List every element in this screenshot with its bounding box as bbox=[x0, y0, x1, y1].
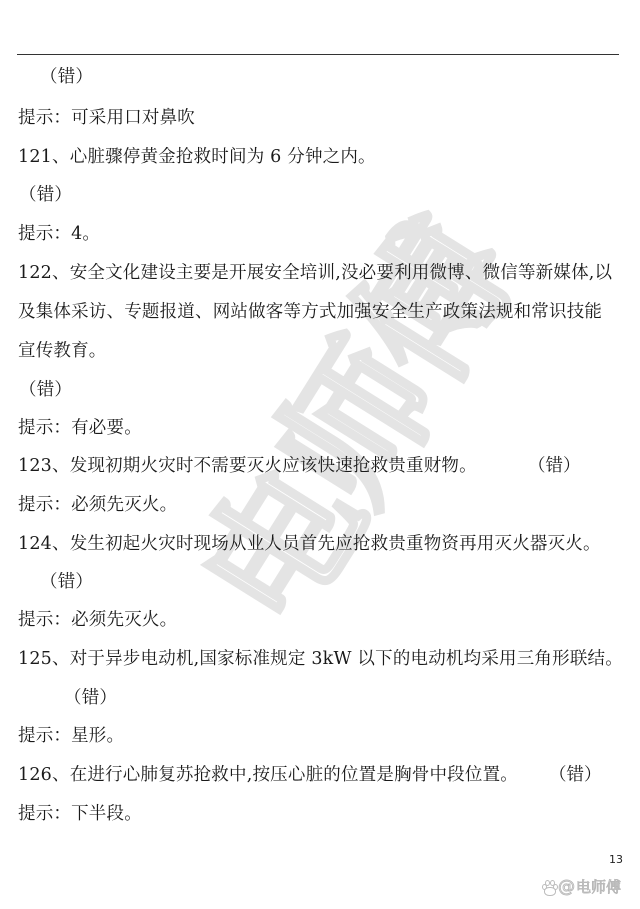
answer-mark: （错） bbox=[19, 184, 72, 206]
question-line: 121、心脏骤停黄金抢救时间为 6 分钟之内。 bbox=[18, 146, 376, 168]
question-line: 122、安全文化建设主要是开展安全培训,没必要利用微博、微信等新媒体,以 bbox=[18, 262, 612, 284]
hint-line: 提示：有必要。 bbox=[18, 417, 142, 439]
answer-mark: （错） bbox=[528, 455, 581, 477]
answer-mark: （错） bbox=[19, 379, 72, 401]
question-line: 及集体采访、专题报道、网站做客等方式加强安全生产政策法规和常识技能 bbox=[18, 301, 602, 323]
hint-line: 提示：必须先灭火。 bbox=[18, 494, 177, 516]
answer-mark: （错） bbox=[40, 66, 93, 88]
source-at: @ bbox=[558, 877, 575, 897]
hint-line: 提示：可采用口对鼻吹 bbox=[18, 107, 195, 129]
answer-mark: （错） bbox=[64, 687, 117, 709]
hint-line: 提示：4。 bbox=[18, 223, 100, 245]
question-line: 124、发生初起火灾时现场从业人员首先应抢救贵重物资再用灭火器灭火。 bbox=[18, 533, 601, 555]
answer-mark: （错） bbox=[549, 764, 602, 786]
source-name: 电师傅 bbox=[576, 876, 621, 897]
hint-line: 提示：星形。 bbox=[18, 725, 124, 747]
hint-line: 提示：下半段。 bbox=[18, 803, 142, 825]
header-rule bbox=[17, 54, 619, 55]
paw-icon bbox=[541, 879, 557, 895]
question-line: 123、发现初期火灾时不需要灭火应该快速抢救贵重财物。 bbox=[18, 455, 477, 477]
source-watermark: @ 电师傅 bbox=[541, 876, 621, 897]
question-line: 126、在进行心肺复苏抢救中,按压心脏的位置是胸骨中段位置。 bbox=[18, 764, 518, 786]
question-line: 宣传教育。 bbox=[18, 340, 107, 362]
answer-mark: （错） bbox=[40, 571, 93, 593]
hint-line: 提示：必须先灭火。 bbox=[18, 609, 177, 631]
question-line: 125、对于异步电动机,国家标准规定 3kW 以下的电动机均采用三角形联结。 bbox=[18, 648, 623, 670]
page-number: 13 bbox=[609, 853, 623, 866]
